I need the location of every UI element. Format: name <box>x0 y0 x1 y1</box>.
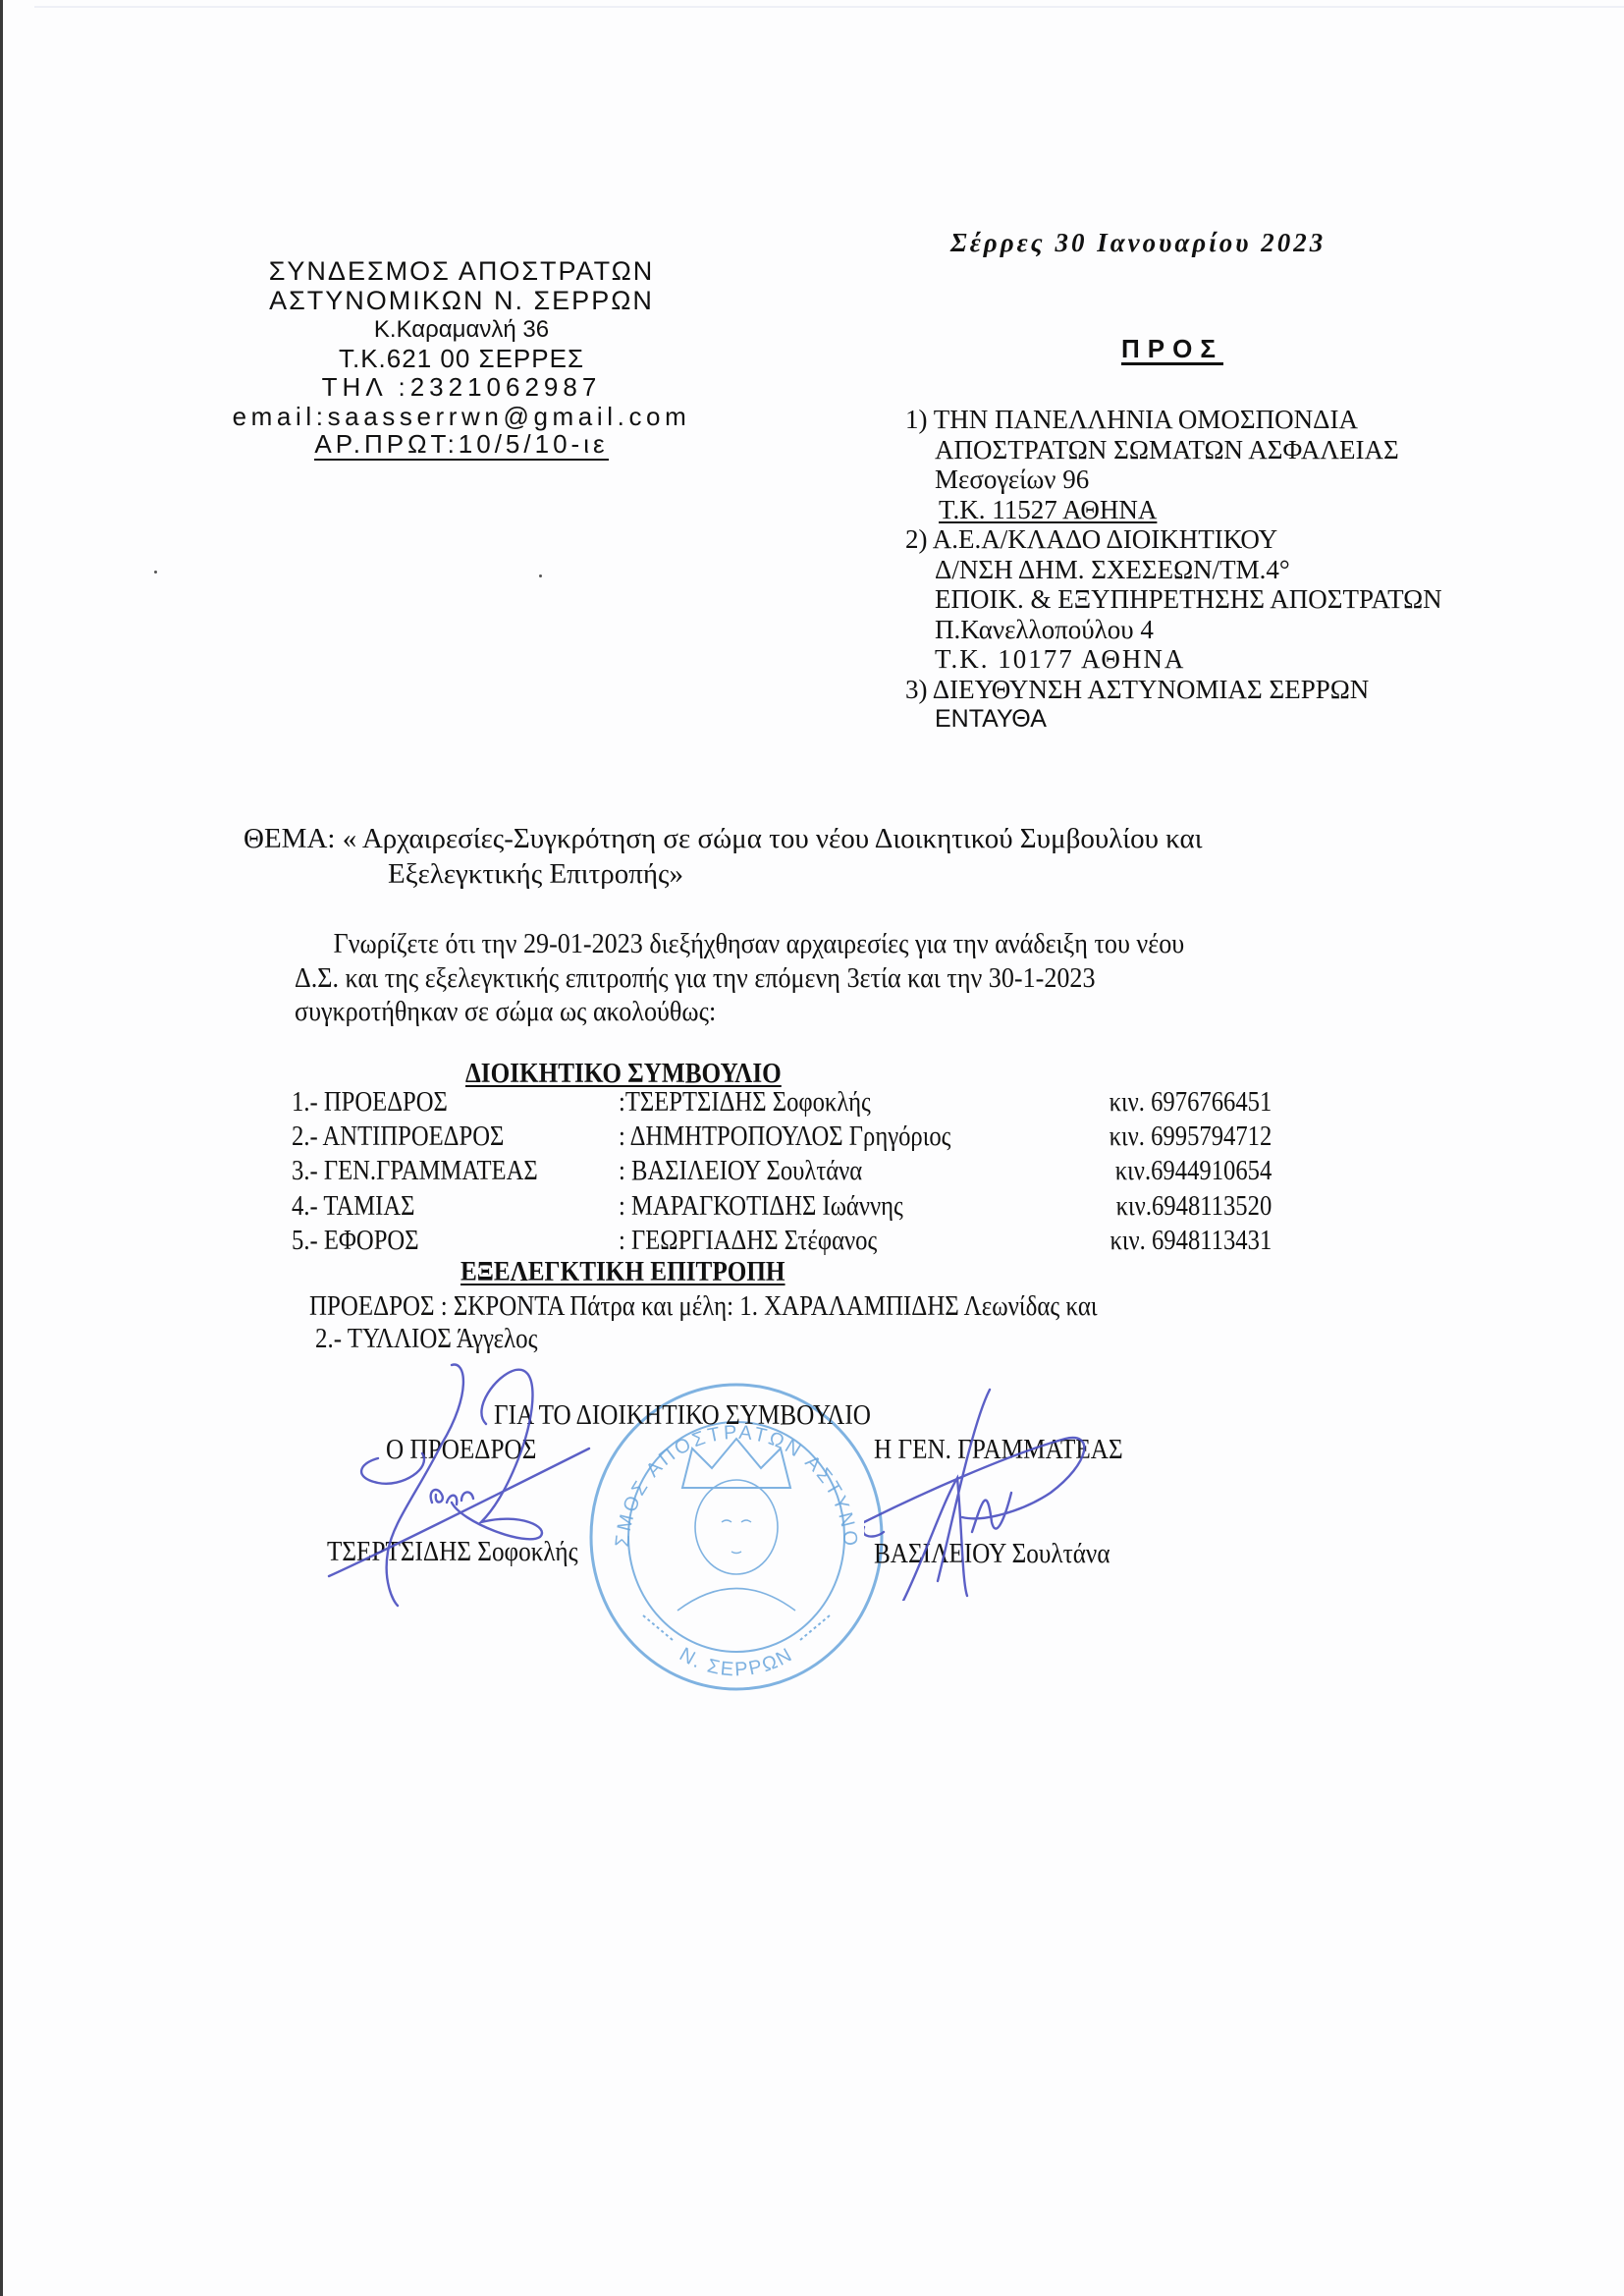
member-role: 5.- ΕΦΟΡΟΣ <box>292 1224 419 1258</box>
member-phone: κιν. 6995794712 <box>1109 1120 1272 1154</box>
member-role: 1.- ΠΡΟΕΔΡΟΣ <box>292 1085 448 1120</box>
sender-address: Κ.Καραμανλή 36 <box>206 315 717 345</box>
sender-org-line1: ΣΥΝΔΕΣΜΟΣ ΑΠΟΣΤΡΑΤΩΝ <box>206 257 717 287</box>
recipient-2-line-2: Δ/ΝΣΗ ΔΗΜ. ΣΧΕΣΕΩΝ/ΤΜ.4° <box>905 555 1442 585</box>
scan-speck <box>154 571 157 574</box>
scan-speck <box>539 574 542 577</box>
body-line-1: Γνωρίζετε ότι την 29-01-2023 διεξήχθησαν… <box>295 927 1184 961</box>
sender-letterhead: ΣΥΝΔΕΣΜΟΣ ΑΠΟΣΤΡΑΤΩΝ ΑΣΤΥΝΟΜΙΚΩΝ Ν. ΣΕΡΡ… <box>206 257 717 464</box>
member-name: : ΒΑΣΙΛΕΙΟΥ Σουλτάνα <box>619 1154 862 1188</box>
sender-org-line2: ΑΣΤΥΝΟΜΙΚΩΝ Ν. ΣΕΡΡΩΝ <box>206 287 717 316</box>
recipient-2-line-5: Τ.Κ. 10177 ΑΘΗΝΑ <box>905 644 1442 675</box>
subject-line-1: ΘΕΜΑ: « Αρχαιρεσίες-Συγκρότηση σε σώμα τ… <box>244 823 1203 855</box>
member-phone: κιν. 6976766451 <box>1109 1085 1272 1120</box>
member-name: : ΜΑΡΑΓΚΟΤΙΔΗΣ Ιωάννης <box>619 1189 903 1224</box>
president-signature <box>324 1355 609 1611</box>
sender-phone: ΤΗΛ :2321062987 <box>206 373 717 403</box>
member-name: : ΔΗΜΗΤΡΟΠΟΥΛΟΣ Γρηγόριος <box>619 1120 950 1154</box>
recipient-1-line-3: Μεσογείων 96 <box>905 465 1442 495</box>
board-members-table: 1.- ΠΡΟΕΔΡΟΣ :ΤΣΕΡΤΣΙΔΗΣ Σοφοκλής κιν. 6… <box>292 1085 1283 1258</box>
recipient-1-line-1: 1) ΤΗΝ ΠΑΝΕΛΛΗΝΙΑ ΟΜΟΣΠΟΝΔΙΑ <box>905 405 1442 435</box>
member-name: : ΓΕΩΡΓΙΑΔΗΣ Στέφανος <box>619 1224 877 1258</box>
board-member-row: 1.- ΠΡΟΕΔΡΟΣ :ΤΣΕΡΤΣΙΔΗΣ Σοφοκλής κιν. 6… <box>292 1085 1283 1120</box>
body-paragraph: Γνωρίζετε ότι την 29-01-2023 διεξήχθησαν… <box>295 927 1184 1029</box>
board-member-row: 3.- ΓΕΝ.ΓΡΑΜΜΑΤΕΑΣ : ΒΑΣΙΛΕΙΟΥ Σουλτάνα … <box>292 1154 1283 1188</box>
member-phone: κιν.6944910654 <box>1114 1154 1272 1188</box>
to-heading: ΠΡΟΣ <box>1121 336 1223 365</box>
subject-line-2: Εξελεγκτικής Επιτροπής» <box>388 858 683 891</box>
body-line-2: Δ.Σ. και της εξελεγκτικής επιτροπής για … <box>295 961 1184 996</box>
sender-postal: Τ.Κ.621 00 ΣΕΡΡΕΣ <box>206 345 717 374</box>
board-member-row: 5.- ΕΦΟΡΟΣ : ΓΕΩΡΓΙΑΔΗΣ Στέφανος κιν. 69… <box>292 1224 1283 1258</box>
body-line-3: συγκροτήθηκαν σε σώμα ως ακολούθως: <box>295 995 1184 1029</box>
recipient-2-line-3: ΕΠΟΙΚ. & ΕΞΥΠΗΡΕΤΗΣΗΣ ΑΠΟΣΤΡΑΤΩΝ <box>905 584 1442 615</box>
recipients-list: 1) ΤΗΝ ΠΑΝΕΛΛΗΝΙΑ ΟΜΟΣΠΟΝΔΙΑ ΑΠΟΣΤΡΑΤΩΝ … <box>905 405 1442 735</box>
recipient-2-line-1: 2) Α.Ε.Α/ΚΛΑΔΟ ΔΙΟΙΚΗΤΙΚΟΥ <box>905 524 1442 555</box>
protocol-number: ΑΡ.ΠΡΩΤ:10/5/10-ιε <box>314 431 608 461</box>
audit-committee-line-1: ΠΡΟΕΔΡΟΣ : ΣΚΡΟΝΤΑ Πάτρα και μέλη: 1. ΧΑ… <box>309 1291 1098 1323</box>
member-phone: κιν. 6948113431 <box>1110 1224 1272 1258</box>
member-role: 2.- ΑΝΤΙΠΡΟΕΔΡΟΣ <box>292 1120 504 1154</box>
member-role: 3.- ΓΕΝ.ΓΡΑΜΜΑΤΕΑΣ <box>292 1154 538 1188</box>
recipient-3-line-2: ΕΝΤΑΥΘΑ <box>905 704 1442 735</box>
audit-committee-line-2: 2.- ΤΥΛΛΙΟΣ Άγγελος <box>315 1324 537 1355</box>
member-phone: κιν.6948113520 <box>1115 1189 1272 1224</box>
member-name: :ΤΣΕΡΤΣΙΔΗΣ Σοφοκλής <box>619 1085 871 1120</box>
scan-top-edge <box>34 6 1624 8</box>
recipient-1-line-4: Τ.Κ. 11527 ΑΘΗΝΑ <box>935 495 1157 524</box>
stamp-bottom-text: Ν. ΣΕΡΡΩΝ <box>676 1644 797 1681</box>
recipient-2-line-4: Π.Κανελλοπούλου 4 <box>905 615 1442 645</box>
recipient-3-line-1: 3) ΔΙΕΥΘΥΝΣΗ ΑΣΤΥΝΟΜΙΑΣ ΣΕΡΡΩΝ <box>905 675 1442 705</box>
board-member-row: 2.- ΑΝΤΙΠΡΟΕΔΡΟΣ : ΔΗΜΗΤΡΟΠΟΥΛΟΣ Γρηγόρι… <box>292 1120 1283 1154</box>
document-date: Σέρρες 30 Ιανουαρίου 2023 <box>950 228 1326 258</box>
scan-edge <box>0 0 3 2296</box>
sender-email: email:saasserrwn@gmail.com <box>206 403 717 432</box>
recipient-1-line-2: ΑΠΟΣΤΡΑΤΩΝ ΣΩΜΑΤΩΝ ΑΣΦΑΛΕΙΑΣ <box>905 435 1442 465</box>
board-member-row: 4.- ΤΑΜΙΑΣ : ΜΑΡΑΓΚΟΤΙΔΗΣ Ιωάννης κιν.69… <box>292 1189 1283 1224</box>
member-role: 4.- ΤΑΜΙΑΣ <box>292 1189 415 1224</box>
secretary-signature <box>864 1385 1119 1601</box>
audit-committee-heading: ΕΞΕΛΕΓΚΤΙΚΗ ΕΠΙΤΡΟΠΗ <box>460 1257 785 1288</box>
svg-text:Ν. ΣΕΡΡΩΝ: Ν. ΣΕΡΡΩΝ <box>676 1644 797 1681</box>
